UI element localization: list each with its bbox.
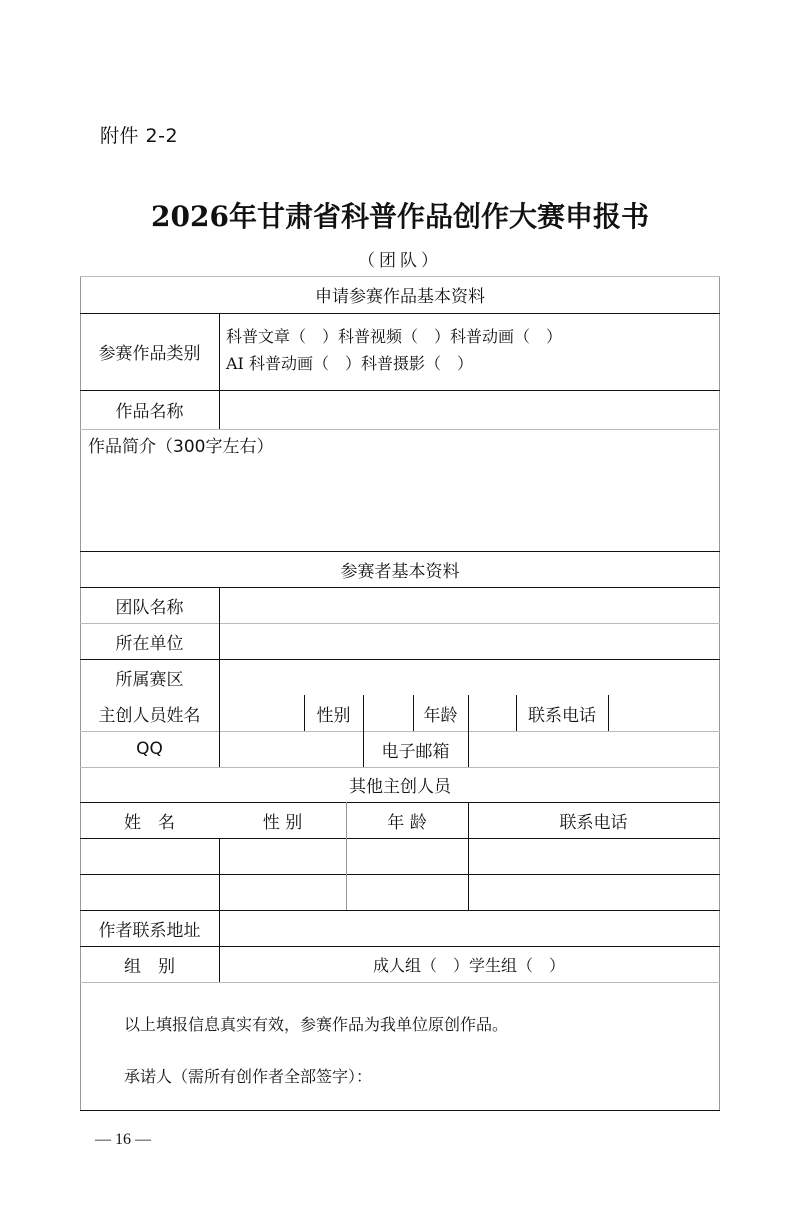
pledge-statement: 以上填报信息真实有效，参赛作品为我单位原创作品。 bbox=[124, 1012, 508, 1035]
col-divider bbox=[219, 313, 220, 429]
section-heading-participant: 参赛者基本资料 bbox=[80, 551, 720, 587]
section-heading-others: 其他主创人员 bbox=[80, 767, 720, 802]
row-divider bbox=[80, 982, 720, 983]
category-label: 参赛作品类别 bbox=[80, 313, 219, 390]
other-member-age-input[interactable] bbox=[348, 875, 467, 909]
col-divider bbox=[219, 587, 220, 767]
category-options-line-2[interactable]: AI 科普动画（ ）科普摄影（ ） bbox=[226, 350, 716, 377]
zone-input[interactable] bbox=[221, 660, 718, 694]
other-member-gender-input[interactable] bbox=[221, 839, 345, 873]
col-divider bbox=[468, 695, 469, 767]
lead-gender-input[interactable] bbox=[365, 696, 412, 730]
category-options[interactable]: 科普文章（ ）科普视频（ ）科普动画（ ） AI 科普动画（ ）科普摄影（ ） bbox=[226, 323, 716, 383]
others-col-gender: 性 别 bbox=[219, 802, 346, 838]
attachment-label: 附件 2-2 bbox=[100, 121, 178, 148]
work-intro-textarea[interactable] bbox=[82, 458, 718, 550]
lead-name-label: 主创人员姓名 bbox=[80, 695, 219, 731]
team-name-label: 团队名称 bbox=[80, 587, 219, 623]
category-options-line-1[interactable]: 科普文章（ ）科普视频（ ）科普动画（ ） bbox=[226, 323, 716, 350]
unit-input[interactable] bbox=[221, 624, 718, 658]
other-member-name-input[interactable] bbox=[82, 875, 218, 909]
lead-age-label: 年龄 bbox=[413, 695, 468, 731]
group-options[interactable]: 成人组（ ）学生组（ ） bbox=[219, 946, 719, 982]
qq-input[interactable] bbox=[221, 732, 362, 766]
lead-age-input[interactable] bbox=[470, 696, 515, 730]
lead-name-input[interactable] bbox=[221, 696, 303, 730]
group-label: 组 别 bbox=[80, 946, 219, 982]
others-col-name: 姓 名 bbox=[80, 802, 219, 838]
other-member-phone-input[interactable] bbox=[470, 839, 718, 873]
signature-field[interactable] bbox=[420, 1058, 710, 1092]
page-number: — 16 — bbox=[95, 1131, 151, 1149]
col-divider bbox=[608, 695, 609, 731]
document-title: 2026年甘肃省科普作品创作大赛申报书 bbox=[0, 195, 800, 235]
unit-label: 所在单位 bbox=[80, 623, 219, 659]
email-label: 电子邮箱 bbox=[363, 731, 468, 767]
team-name-input[interactable] bbox=[221, 588, 718, 622]
lead-gender-label: 性别 bbox=[304, 695, 363, 731]
zone-label: 所属赛区 bbox=[80, 659, 219, 695]
table-border-right bbox=[719, 276, 720, 1110]
lead-phone-label: 联系电话 bbox=[516, 695, 608, 731]
email-input[interactable] bbox=[470, 732, 718, 766]
other-member-phone-input[interactable] bbox=[470, 875, 718, 909]
lead-phone-input[interactable] bbox=[610, 696, 718, 730]
address-label: 作者联系地址 bbox=[80, 910, 219, 946]
other-member-age-input[interactable] bbox=[348, 839, 467, 873]
others-col-age: 年 龄 bbox=[346, 802, 468, 838]
section-heading-work: 申请参赛作品基本资料 bbox=[80, 276, 720, 313]
row-divider bbox=[80, 429, 720, 430]
signature-label: 承诺人（需所有创作者全部签字）： bbox=[124, 1064, 372, 1087]
work-name-input[interactable] bbox=[221, 391, 718, 428]
address-input[interactable] bbox=[221, 911, 718, 945]
other-member-gender-input[interactable] bbox=[221, 875, 345, 909]
table-border-bottom bbox=[80, 1110, 720, 1111]
document-subtitle: （团队） bbox=[0, 246, 800, 271]
work-name-label: 作品名称 bbox=[80, 390, 219, 429]
others-col-phone: 联系电话 bbox=[468, 802, 719, 838]
other-member-name-input[interactable] bbox=[82, 839, 218, 873]
work-intro-label: 作品简介（300字左右） bbox=[88, 432, 273, 457]
qq-label: QQ bbox=[80, 731, 219, 767]
